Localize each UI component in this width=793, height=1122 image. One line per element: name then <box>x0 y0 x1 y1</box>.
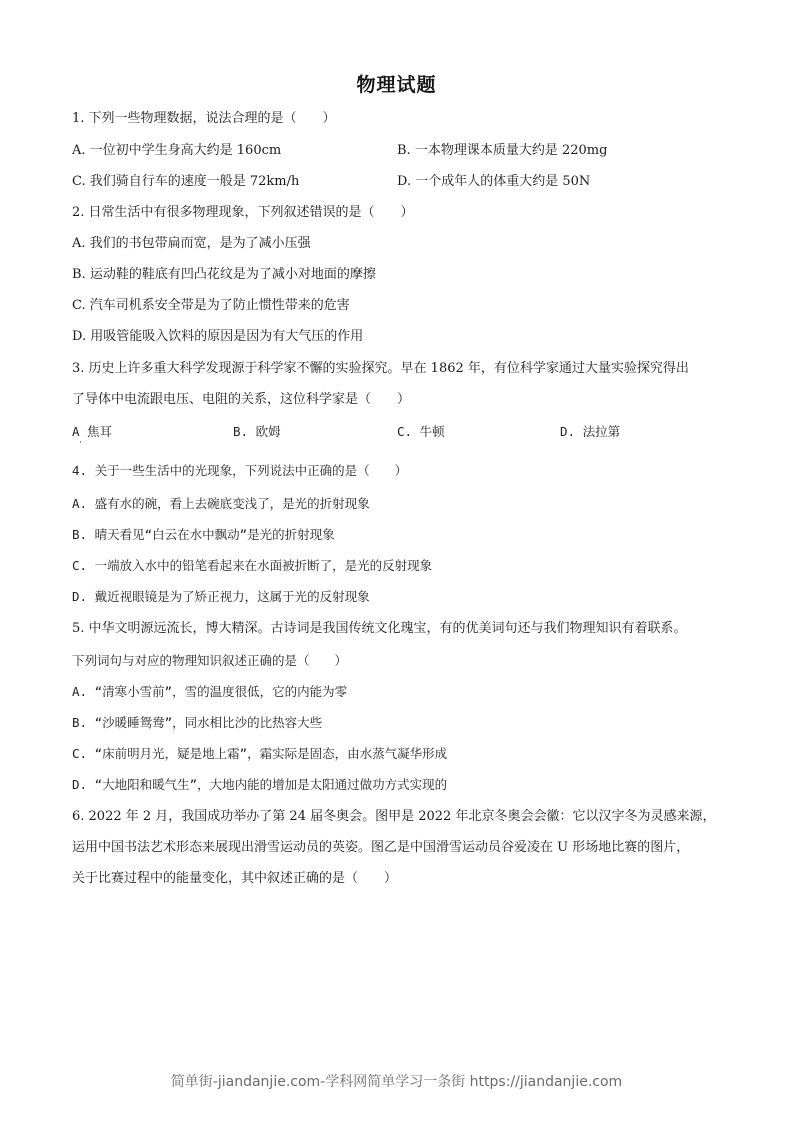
question-6-stem-line-2: 运用中国书法艺术形态来展现出滑雪运动员的英姿。图乙是中国滑雪运动员谷爱凌在 U … <box>72 840 689 856</box>
question-5-option-d: D. “大地阳和暖气生”，大地内能的增加是太阳通过做功方式实现的 <box>72 777 447 793</box>
question-4-option-d: D. 戴近视眼镜是为了矫正视力，这属于光的反射现象 <box>72 589 370 605</box>
stray-mark <box>80 441 81 443</box>
question-4-option-b: B. 晴天看见“白云在水中飘动”是光的折射现象 <box>72 527 335 543</box>
question-3-option-c: C. 牛顿 <box>397 424 445 440</box>
question-5-option-b: B. “沙暖睡鸳鸯”，同水相比沙的比热容大些 <box>72 715 322 731</box>
question-2-option-d: D. 用吸管能吸入饮料的原因是因为有大气压的作用 <box>72 329 363 345</box>
question-2-stem: 2. 日常生活中有很多物理现象，下列叙述错误的是（ ） <box>72 205 414 221</box>
question-3-stem-line-1: 3. 历史上许多重大科学发现源于科学家不懈的实验探究。早在 1862 年，有位科… <box>72 361 689 377</box>
question-1-option-d: D. 一个成年人的体重大约是 50N <box>397 174 590 190</box>
question-4-stem: 4. 关于一些生活中的光现象，下列说法中正确的是（ ） <box>72 463 407 479</box>
page-title: 物理试题 <box>0 70 793 97</box>
question-6-stem-line-3: 关于比赛过程中的能量变化，其中叙述正确的是（ ） <box>72 871 397 887</box>
question-1-option-a: A. 一位初中学生身高大约是 160cm <box>72 143 281 159</box>
question-3-stem-line-2: 了导体中电流跟电压、电阻的关系，这位科学家是（ ） <box>72 392 410 408</box>
question-5-option-a: A. “清寒小雪前”，雪的温度很低，它的内能为零 <box>72 684 347 700</box>
question-1-option-c: C. 我们骑自行车的速度一般是 72km/h <box>72 174 299 190</box>
question-6-stem-line-1: 6. 2022 年 2 月，我国成功举办了第 24 届冬奥会。图甲是 2022 … <box>72 809 715 825</box>
question-1-stem: 1. 下列一些物理数据，说法合理的是（ ） <box>72 111 336 127</box>
question-1-option-b: B. 一本物理课本质量大约是 220mg <box>397 143 607 159</box>
question-3-option-d: D. 法拉第 <box>560 424 620 440</box>
question-3-option-b: B. 欧姆 <box>233 424 281 440</box>
question-5-stem-line-2: 下列词句与对应的物理知识叙述正确的是（ ） <box>72 653 347 669</box>
exam-page: 物理试题 1. 下列一些物理数据，说法合理的是（ ） A. 一位初中学生身高大约… <box>0 0 793 1122</box>
question-4-option-a: A. 盛有水的碗，看上去碗底变浅了，是光的折射现象 <box>72 496 370 512</box>
question-5-stem-line-1: 5. 中华文明源远流长，博大精深。古诗词是我国传统文化瑰宝，有的优美词句还与我们… <box>72 621 687 637</box>
question-2-option-c: C. 汽车司机系安全带是为了防止惯性带来的危害 <box>72 298 350 314</box>
question-2-option-b: B. 运动鞋的鞋底有凹凸花纹是为了减小对地面的摩擦 <box>72 267 376 283</box>
question-3-option-a: A 焦耳 <box>72 424 112 440</box>
question-4-option-c: C. 一端放入水中的铅笔看起来在水面被折断了，是光的反射现象 <box>72 558 432 574</box>
footer-watermark: 简单街-jiandanjie.com-学科网简单学习一条街 https://ji… <box>0 1071 793 1091</box>
question-5-option-c: C. “床前明月光，疑是地上霜”，霜实际是固态，由水蒸气凝华形成 <box>72 746 447 762</box>
question-2-option-a: A. 我们的书包带扁而宽，是为了减小压强 <box>72 236 311 252</box>
